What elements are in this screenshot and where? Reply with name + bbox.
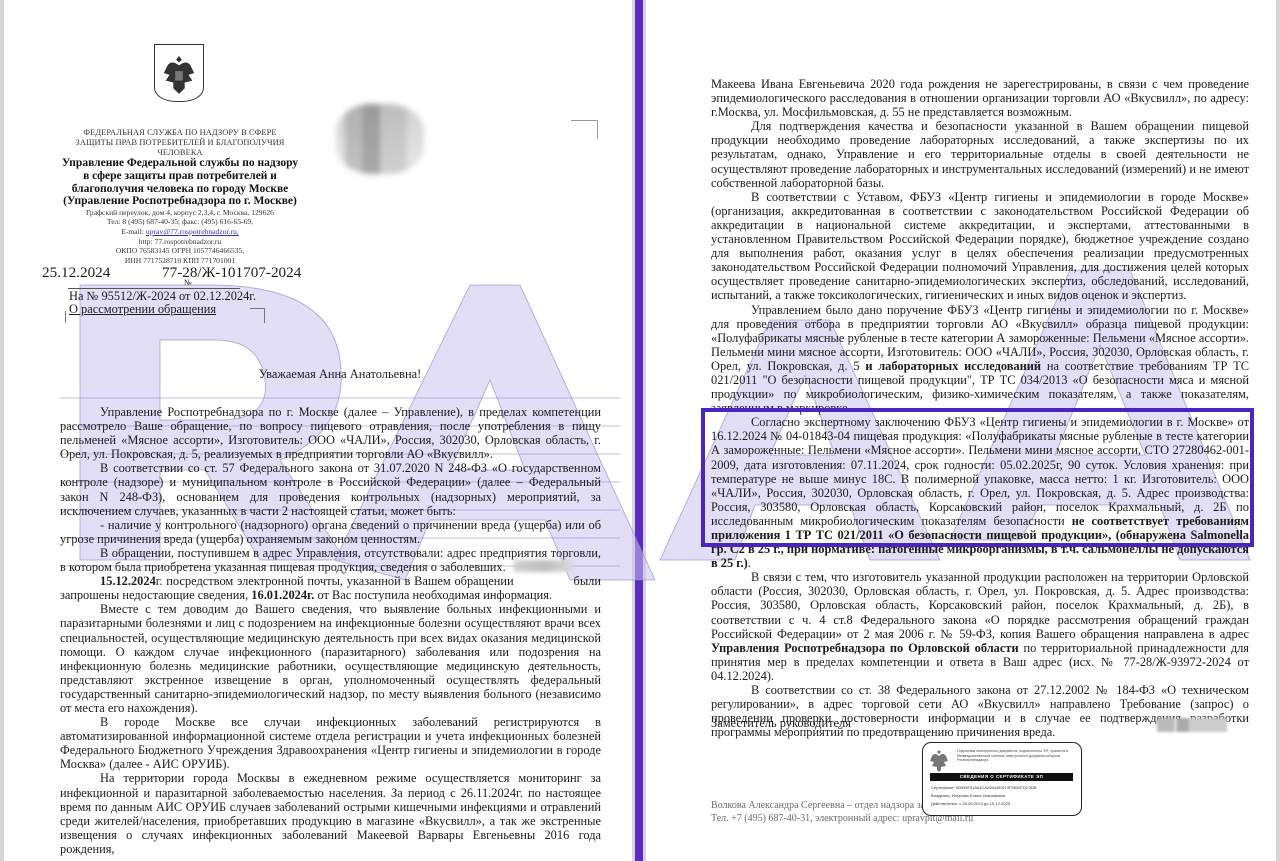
- paragraph: На территории города Москвы в ежедневном…: [60, 771, 601, 856]
- sender-organization-block: ФЕДЕРАЛЬНАЯ СЛУЖБА ПО НАДЗОРУ В СФЕРЕ ЗА…: [60, 128, 300, 265]
- greeting: Уважаемая Анна Анатольевна!: [60, 367, 620, 382]
- text-span: г. посредством электронной почты, указан…: [156, 574, 514, 588]
- left-body-text: Управление Роспотребнадзора по г. Москве…: [60, 405, 601, 856]
- paragraph: Макеева Ивана Евгеньевича 2020 года рожд…: [711, 77, 1249, 119]
- certificate-note: Подлинник электронного документа, подпис…: [957, 749, 1079, 763]
- page-divider: [632, 0, 646, 861]
- certificate-id: Сертификат: 00B39F01A04CA2564459113F3832…: [931, 785, 1036, 790]
- org-header-line: ФЕДЕРАЛЬНАЯ СЛУЖБА ПО НАДЗОРУ В СФЕРЕ: [60, 128, 300, 138]
- subject-bracket: [250, 308, 265, 323]
- paragraph-order: Управлением было дано поручение ФБУЗ «Це…: [711, 303, 1249, 416]
- letter-subject: О рассмотрении обращения: [69, 302, 216, 317]
- highlight-frame: [701, 408, 1254, 547]
- org-name-line: Управление Федеральной службы по надзору: [60, 157, 300, 170]
- org-okpo-ogrn: ОКПО 76583145 ОГРН 1057746466535,: [60, 246, 300, 256]
- address-corner-mark: [571, 120, 598, 139]
- paragraph: - наличие у контрольного (надзорного) ор…: [60, 518, 601, 546]
- e-signature-certificate: Подлинник электронного документа, подпис…: [922, 742, 1082, 816]
- text-span: В связи с тем, что изготовитель указанно…: [711, 570, 1249, 640]
- org-phone: Тел: 8 (495) 687-40-35; факс: (495) 616-…: [60, 217, 300, 227]
- certificate-header: СВЕДЕНИЯ О СЕРТИФИКАТЕ ЭП: [930, 773, 1073, 781]
- org-header-line: ЧЕЛОВЕКА: [60, 148, 300, 158]
- paragraph: Для подтверждения качества и безопасност…: [711, 119, 1249, 189]
- org-name-line: (Управление Роспотребнадзора по г. Москв…: [60, 195, 300, 208]
- redacted-stamp: [336, 104, 424, 174]
- org-header-line: ЗАЩИТЫ ПРАВ ПОТРЕБИТЕЛЕЙ И БЛАГОПОЛУЧИЯ: [60, 138, 300, 148]
- org-name-line: благополучия человека по городу Москве: [60, 183, 300, 196]
- paragraph: Управление Роспотребнадзора по г. Москве…: [60, 405, 601, 461]
- org-address: Графский переулок, дом 4, корпус 2,3,4, …: [60, 208, 300, 218]
- highlight-date: 16.01.2024г.: [251, 588, 314, 602]
- letter-date: 25.12.2024: [42, 264, 110, 282]
- subject-bracket: [65, 311, 68, 323]
- paragraph-forward: В связи с тем, что изготовитель указанно…: [711, 570, 1249, 683]
- paragraph-email: 15.12.2024г. посредством электронной поч…: [60, 574, 601, 602]
- org-email-link[interactable]: uprav@77.rospotrebnadzor.ru,: [146, 227, 239, 236]
- highlight-date: 15.12.2024: [100, 574, 156, 588]
- bold-text: Управления Роспотребнадзора по Орловской…: [711, 641, 1019, 655]
- certificate-owner: Владелец: Игнатова Елена Николаевна: [931, 793, 1005, 798]
- paragraph: В городе Москве все случаи инфекционных …: [60, 715, 601, 771]
- signer-title: Заместитель руководителя: [711, 716, 851, 731]
- redacted-email: [514, 560, 572, 572]
- org-email-line: E-mail: uprav@77.rospotrebnadzor.ru,: [60, 227, 300, 237]
- redacted-signer-name: [1157, 718, 1227, 732]
- org-website: http: 77.rospotrebnadzor.ru: [60, 237, 300, 247]
- bold-text: и лабораторных исследований: [865, 359, 1041, 373]
- paragraph: В соответствии с Уставом, ФБУЗ «Центр ги…: [711, 190, 1249, 303]
- registration-number: 77-28/Ж-101707-2024: [162, 264, 301, 282]
- page-edge: [1276, 0, 1280, 861]
- text-span: .: [748, 556, 751, 570]
- certificate-validity: Действителен: с 25-09-2024 до 19-12-2025: [931, 801, 1010, 806]
- coat-of-arms-icon: [929, 748, 949, 772]
- text-span: от Вас поступила необходимая информация.: [314, 588, 552, 602]
- org-name-line: в сфере защиты прав потребителей и: [60, 170, 300, 183]
- coat-of-arms-icon: [154, 44, 204, 102]
- number-sign: №: [184, 278, 192, 287]
- paragraph: Вместе с тем доводим до Вашего сведения,…: [60, 602, 601, 715]
- paragraph: В соответствии со ст. 57 Федерального за…: [60, 461, 601, 517]
- email-label: E-mail:: [121, 227, 146, 236]
